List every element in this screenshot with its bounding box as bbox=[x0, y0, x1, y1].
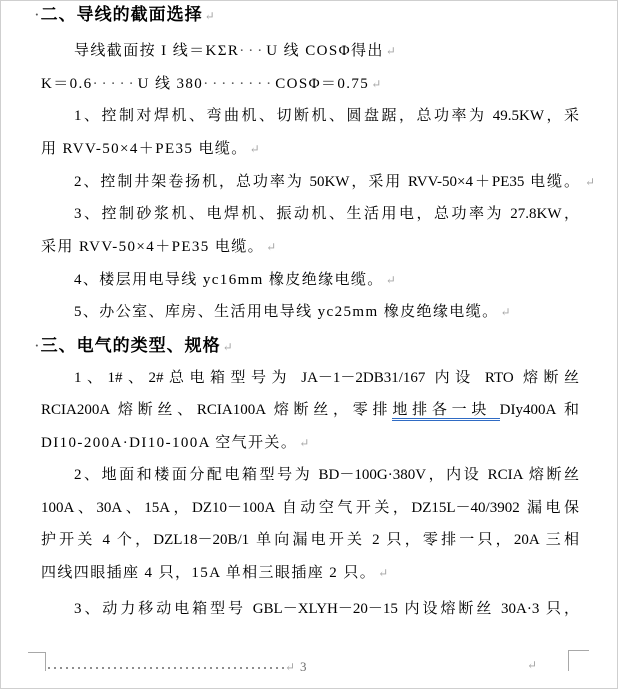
paragraph-6-line-3: DI10-200A·DI10-100A 空气开关。↵ bbox=[41, 432, 579, 454]
formula-line-1: 导线截面按 I 线＝KΣR···U 线 COSΦ得出↵ bbox=[41, 40, 579, 62]
document-page[interactable]: ·二、导线的截面选择↵ 导线截面按 I 线＝KΣR···U 线 COSΦ得出↵ … bbox=[0, 0, 618, 689]
formula2-u: U 线 380 bbox=[138, 76, 204, 92]
paragraph-3-line-2: 采用 RVV-50×4＋PE35 电缆。↵ bbox=[41, 236, 579, 258]
heading-electric-section-text: 三、电气的类型、规格 bbox=[41, 336, 221, 355]
paragraph-text: 用 RVV-50×4＋PE35 电缆。 bbox=[41, 141, 248, 157]
footer-return-mark-right: ↵ bbox=[527, 659, 537, 671]
paragraph-text: 2、控制井架卷扬机，总功率为 50KW，采用 RVV-50×4＋PE35 电缆。 bbox=[74, 174, 579, 190]
formula-line-2: K＝0.6·····U 线 380········COSΦ＝0.75↵ bbox=[41, 73, 579, 95]
paragraph-return-mark: ↵ bbox=[264, 240, 276, 254]
paragraph-return-mark: ↵ bbox=[384, 273, 396, 287]
paragraph-return-mark: ↵ bbox=[376, 566, 388, 580]
paragraph-return-mark: ↵ bbox=[221, 340, 233, 354]
paragraph-6-line-2: RCIA200A 熔断丝、RCIA100A 熔断丝，零排地排各一块 DIy400… bbox=[41, 399, 579, 421]
paragraph-text: DIy400A 和 bbox=[500, 402, 579, 418]
paragraph-text: 四线四眼插座 4 只，15A 单相三眼插座 2 只。 bbox=[41, 565, 376, 581]
space-mark: · bbox=[34, 336, 41, 355]
margin-corner-mark-right bbox=[568, 650, 589, 671]
paragraph-text: 100A、30A、15A，DZ10－100A 自动空气开关，DZ15L－40/3… bbox=[41, 500, 579, 516]
paragraph-text: DI10-200A·DI10-100A 空气开关。 bbox=[41, 435, 297, 451]
space-dots: ····· bbox=[93, 76, 138, 92]
footer-dotted-leader bbox=[48, 667, 286, 669]
paragraph-return-mark: ↵ bbox=[203, 9, 215, 23]
space-mark: · bbox=[34, 5, 41, 24]
footer-return-mark: ↵ bbox=[285, 661, 295, 673]
paragraph-text: 4、楼层用电导线 yc16mm 橡皮绝缘电缆。 bbox=[74, 272, 384, 288]
margin-corner-mark-left bbox=[28, 652, 46, 671]
heading-electric-section: ·三、电气的类型、规格↵ bbox=[34, 335, 572, 357]
paragraph-text: 1、控制对焊机、弯曲机、切断机、圆盘踞，总功率为 49.5KW，采 bbox=[74, 108, 579, 124]
space-dots: ········ bbox=[203, 76, 275, 92]
formula1-right: U 线 COSΦ得出 bbox=[266, 43, 383, 59]
formula2-cos: COSΦ＝0.75 bbox=[275, 76, 369, 92]
paragraph-text: 1、1#、2#总电箱型号为 JA－1－2DB31/167 内设 RTO 熔断丝 bbox=[74, 370, 579, 386]
formula1-left: 导线截面按 I 线＝KΣR bbox=[74, 43, 239, 59]
paragraph-text: 5、办公室、库房、生活用电导线 yc25mm 橡皮绝缘电缆。 bbox=[74, 304, 499, 320]
paragraph-text: 3、动力移动电箱型号 GBL－XLYH－20－15 内设熔断丝 30A·3 只， bbox=[74, 601, 579, 617]
paragraph-text: 护开关 4 个，DZL18－20B/1 单向漏电开关 2 只，零排一只，20A … bbox=[41, 532, 579, 548]
paragraph-8: 3、动力移动电箱型号 GBL－XLYH－20－15 内设熔断丝 30A·3 只， bbox=[41, 598, 579, 620]
paragraph-return-mark: ↵ bbox=[384, 44, 396, 58]
paragraph-return-mark: ↵ bbox=[499, 305, 511, 319]
space-dots: ··· bbox=[239, 43, 266, 59]
paragraph-text: 采用 RVV-50×4＋PE35 电缆。 bbox=[41, 239, 264, 255]
heading-wire-section-text: 二、导线的截面选择 bbox=[41, 5, 203, 24]
paragraph-1-line-1: 1、控制对焊机、弯曲机、切断机、圆盘踞，总功率为 49.5KW，采 bbox=[41, 105, 579, 127]
paragraph-7-line-3: 护开关 4 个，DZL18－20B/1 单向漏电开关 2 只，零排一只，20A … bbox=[41, 529, 579, 551]
paragraph-return-mark: ↵ bbox=[369, 77, 381, 91]
grammar-underlined-text: 地排各一块 bbox=[392, 402, 499, 421]
paragraph-7-line-2: 100A、30A、15A，DZ10－100A 自动空气开关，DZ15L－40/3… bbox=[41, 497, 579, 519]
heading-wire-section: ·二、导线的截面选择↵ bbox=[34, 4, 572, 26]
paragraph-return-mark: ↵ bbox=[297, 436, 309, 450]
paragraph-7-line-1: 2、地面和楼面分配电箱型号为 BD－100G·380V，内设 RCIA 熔断丝 bbox=[41, 464, 579, 486]
formula2-k: K＝0.6 bbox=[41, 76, 93, 92]
page-number: 3 bbox=[300, 660, 307, 674]
paragraph-return-mark: ↵ bbox=[248, 142, 260, 156]
paragraph-5: 5、办公室、库房、生活用电导线 yc25mm 橡皮绝缘电缆。↵ bbox=[41, 301, 579, 323]
paragraph-2: 2、控制井架卷扬机，总功率为 50KW，采用 RVV-50×4＋PE35 电缆。… bbox=[41, 171, 579, 193]
paragraph-text: 3、控制砂浆机、电焊机、振动机、生活用电，总功率为 27.8KW， bbox=[74, 206, 579, 222]
paragraph-3-line-1: 3、控制砂浆机、电焊机、振动机、生活用电，总功率为 27.8KW， bbox=[41, 203, 579, 225]
paragraph-text: RCIA200A 熔断丝、RCIA100A 熔断丝，零排 bbox=[41, 402, 392, 418]
paragraph-7-line-4: 四线四眼插座 4 只，15A 单相三眼插座 2 只。↵ bbox=[41, 562, 579, 584]
paragraph-return-mark: ↵ bbox=[550, 171, 595, 193]
paragraph-6-line-1: 1、1#、2#总电箱型号为 JA－1－2DB31/167 内设 RTO 熔断丝 bbox=[41, 367, 579, 389]
paragraph-4: 4、楼层用电导线 yc16mm 橡皮绝缘电缆。↵ bbox=[41, 269, 579, 291]
paragraph-text: 2、地面和楼面分配电箱型号为 BD－100G·380V，内设 RCIA 熔断丝 bbox=[74, 467, 579, 483]
paragraph-1-line-2: 用 RVV-50×4＋PE35 电缆。↵ bbox=[41, 138, 579, 160]
